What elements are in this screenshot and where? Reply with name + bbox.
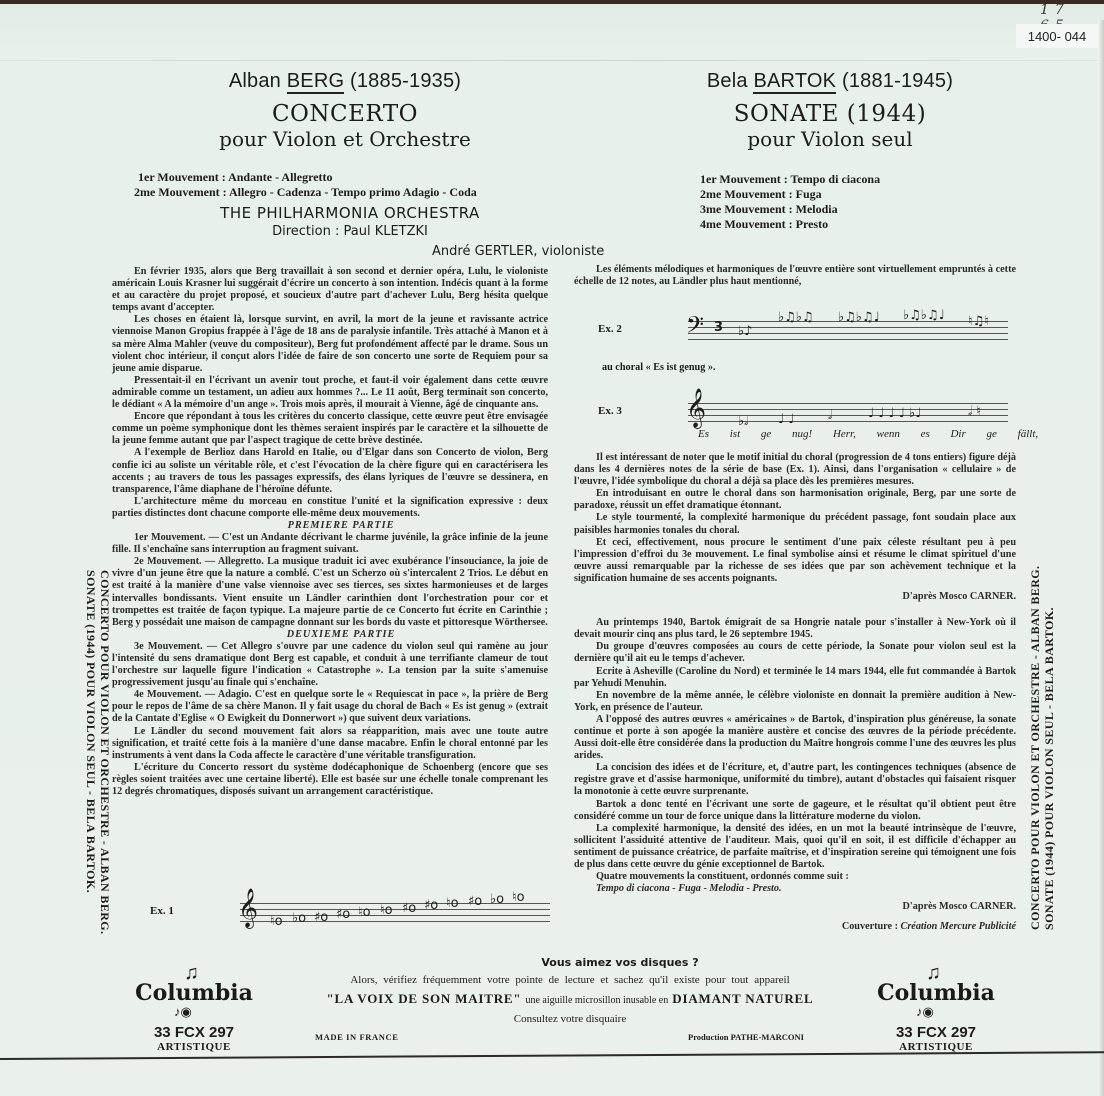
berg-movements: 1er Mouvement : Andante - Allegretto 2me…: [138, 170, 477, 200]
notes-paragraph: Pressentait-il en l'écrivant un avenir t…: [112, 375, 548, 411]
music-example-3: Ex. 3 𝄞 ♭𝅗𝅥 ♩ ♩ 𝅗𝅥 ♩ ♩ ♩ ♩ ♭♩ 𝅗𝅥 ♮ Es is…: [598, 398, 1008, 424]
author-signature: D'après Mosco CARNER.: [574, 901, 1016, 913]
notes-paragraph: A l'opposé des autres œuvres « américain…: [574, 714, 1016, 762]
bartok-notes-continued: Il est intéressant de noter que le motif…: [574, 452, 1016, 933]
composer-first-name: Bela: [707, 70, 748, 92]
note-icon: ♮o: [446, 896, 459, 911]
note-icon: 𝅗𝅥: [828, 408, 832, 423]
orchestra-credit: THE PHILHARMONIA ORCHESTRA Direction : P…: [180, 204, 520, 239]
movement-item: 4me Mouvement : Presto: [700, 217, 880, 232]
berg-header: Alban BERG (1885-1935) CONCERTO pour Vio…: [130, 70, 560, 151]
columbia-logo: ♫ Columbia ♪◉: [876, 962, 996, 1020]
notes-paragraph: 2e Mouvement. — Allegretto. La musique t…: [112, 556, 548, 629]
sleeve-top-edge: [0, 0, 1104, 4]
catalog-number: 33 FCX 297: [134, 1024, 254, 1041]
promo-line: Alors, vérifiez fréquemment votre pointe…: [290, 974, 850, 986]
note-icon: ♭o: [490, 892, 504, 907]
note-icon: ♯o: [424, 898, 438, 913]
series-name: ARTISTIQUE: [134, 1041, 254, 1053]
needle-text: une aiguille microsillon inusable en: [525, 995, 668, 1006]
notes-paragraph: En introduisant en outre le choral dans …: [574, 488, 1016, 512]
catalog-number: 33 FCX 297: [876, 1024, 996, 1041]
work-title: SONATE (1944): [620, 101, 1040, 127]
bass-clef-icon: 𝄢: [686, 308, 704, 348]
note-icon: ♭♪: [738, 324, 752, 339]
notes-paragraph: Le style tourmenté, la complexité harmon…: [574, 512, 1016, 536]
spine-line: CONCERTO POUR VIOLON ET ORCHESTRE - ALBA…: [1028, 566, 1042, 930]
columbia-logo: ♫ Columbia ♪◉: [134, 962, 254, 1020]
sleeve-fold: [0, 60, 1104, 61]
diamond-text: DIAMANT NATUREL: [672, 991, 813, 1006]
note-icon: 𝅗𝅥 ♮: [968, 404, 981, 419]
movement-item: 2me Mouvement : Allegro - Cadenza - Temp…: [134, 185, 477, 200]
spine-text-left: CONCERTO POUR VIOLON ET ORCHESTRE - ALBA…: [84, 570, 112, 934]
note-icon: ♮o: [512, 890, 525, 905]
promo-brand-line: "LA VOIX DE SON MAITRE" une aiguille mic…: [290, 991, 850, 1007]
notes-paragraph: Les choses en étaient là, lorsque survin…: [112, 314, 548, 374]
note-icon: ♯o: [336, 907, 350, 922]
work-subtitle: pour Violon et Orchestre: [130, 127, 560, 151]
time-signature: 3: [714, 320, 723, 335]
disc-icon: ♪◉: [174, 1004, 192, 1020]
work-subtitle: pour Violon seul: [620, 127, 1040, 151]
part-heading: PREMIERE PARTIE: [112, 520, 548, 532]
notes-paragraph: 1er Mouvement. — C'est un Andante décriv…: [112, 532, 548, 556]
part-heading: DEUXIEME PARTIE: [112, 629, 548, 641]
movement-item: 3me Mouvement : Melodia: [700, 202, 880, 217]
note-icon: ♭𝅗𝅥: [738, 414, 748, 429]
brand-name: Columbia: [134, 980, 254, 1006]
note-icon: ♮o: [270, 914, 283, 929]
composer-last-name: BARTOK: [753, 70, 836, 94]
notes-paragraph: Les éléments mélodiques et harmoniques d…: [574, 264, 1016, 288]
work-title: CONCERTO: [130, 101, 560, 127]
needle-promo: Vous aimez vos disques ? Alors, vérifiez…: [290, 956, 850, 1025]
treble-clef-icon: 𝄞: [238, 888, 258, 928]
note-icon: ♯o: [402, 901, 416, 916]
notes-paragraph: Du groupe d'œuvres composées au cours de…: [574, 641, 1016, 665]
movement-item: 2me Mouvement : Fuga: [700, 187, 880, 202]
notes-paragraph: La complexité harmonique, la densité des…: [574, 823, 1016, 871]
bartok-movements: 1er Mouvement : Tempo di ciacona 2me Mou…: [700, 172, 880, 232]
composer-dates: (1881-1945): [842, 70, 953, 92]
brand-quote: "LA VOIX DE SON MAITRE": [327, 991, 522, 1006]
notes-paragraph: En février 1935, alors que Berg travaill…: [112, 266, 548, 314]
music-staff: 𝄢 3 ♭♪ ♭♫♭♫ ♭♫♭♫♩ ♭♫♭♫♩ ♮♫♮: [688, 316, 1008, 342]
made-in-label: MADE IN FRANCE: [315, 1032, 398, 1042]
production-credit: Production PATHE-MARCONI: [688, 1032, 804, 1042]
bartok-notes-column: Les éléments mélodiques et harmoniques d…: [574, 264, 1016, 288]
promo-consult: Consultez votre disquaire: [290, 1013, 850, 1025]
notes-paragraph: A l'exemple de Berlioz dans Harold en It…: [112, 447, 548, 495]
notes-paragraph: 3e Mouvement. — Cet Allegro s'ouvre par …: [112, 641, 548, 689]
composer-last-name: BERG: [287, 70, 344, 94]
note-icon: ♭o: [292, 911, 306, 926]
example-label: Ex. 1: [150, 905, 240, 917]
note-icon: ♩ ♩ ♩ ♩ ♭♩: [868, 406, 921, 421]
notes-paragraph: Il est intéressant de noter que le motif…: [574, 452, 1016, 488]
note-icon: ♮♫♮: [968, 314, 989, 329]
notes-paragraph: Quatre mouvements la constituent, ordonn…: [574, 871, 1016, 883]
note-icon: ♮o: [380, 903, 393, 918]
note-icon: ♮o: [358, 905, 371, 920]
promo-heading: Vous aimez vos disques ?: [390, 956, 850, 969]
music-staff: 𝄞 ♮o ♭o ♯o ♯o ♮o ♮o ♯o ♯o ♮o ♯o ♭o ♮o: [240, 898, 550, 924]
spine-line: SONATE (1944) POUR VIOLON SEUL - BELA BA…: [84, 570, 98, 934]
cover-credit-label: Couverture :: [842, 921, 898, 932]
note-icon: ♭♫♭♫: [778, 310, 814, 325]
note-icon: ♯o: [314, 910, 328, 925]
notes-paragraph: La concision des idées et de l'écriture,…: [574, 762, 1016, 798]
chorale-lyrics: Es ist ge nug! Herr, wenn es Dir ge fäll…: [698, 428, 1038, 440]
composer-first-name: Alban: [229, 70, 281, 92]
sleeve-right-edge: [1098, 20, 1104, 1096]
notes-paragraph: Au printemps 1940, Bartok émigrait de sa…: [574, 617, 1016, 641]
spine-text-right: CONCERTO POUR VIOLON ET ORCHESTRE - ALBA…: [1028, 566, 1056, 930]
movement-list: Tempo di ciacona - Fuga - Melodia - Pres…: [574, 883, 1016, 895]
composer-berg: Alban BERG (1885-1935): [130, 70, 560, 93]
columbia-label-left: ♫ Columbia ♪◉ 33 FCX 297 ARTISTIQUE: [134, 962, 254, 1053]
example-label: Ex. 3: [598, 405, 688, 417]
composer-dates: (1885-1935): [350, 70, 461, 92]
spine-line: SONATE (1944) POUR VIOLON SEUL - BELA BA…: [1042, 566, 1056, 930]
spine-line: CONCERTO POUR VIOLON ET ORCHESTRE - ALBA…: [98, 570, 112, 934]
notes-paragraph: Le Ländler du second mouvement fait alor…: [112, 726, 548, 762]
notes-paragraph: L'écriture du Concerto ressort du systèm…: [112, 762, 548, 798]
notes-paragraph: En novembre de la même année, le célèbre…: [574, 690, 1016, 714]
note-icon: ♭♫♭♫♩: [838, 310, 880, 325]
composer-bartok: Bela BARTOK (1881-1945): [620, 70, 1040, 93]
note-icon: ♭♫♭♫♩: [903, 308, 945, 323]
notes-paragraph: Encore que répondant à tous les critères…: [112, 411, 548, 447]
cover-credit: Couverture : Création Mercure Publicité: [574, 921, 1016, 933]
example-label: Ex. 2: [598, 323, 688, 335]
treble-clef-icon: 𝄞: [686, 388, 706, 428]
notes-paragraph: 4e Mouvement. — Adagio. C'est en quelque…: [112, 689, 548, 725]
movement-item: 1er Mouvement : Tempo di ciacona: [700, 172, 880, 187]
note-icon: ♯o: [468, 894, 482, 909]
music-staff: 𝄞 ♭𝅗𝅥 ♩ ♩ 𝅗𝅥 ♩ ♩ ♩ ♩ ♭♩ 𝅗𝅥 ♮ Es ist ge n…: [688, 398, 1008, 424]
notes-paragraph: Bartok a donc tenté en l'écrivant une so…: [574, 799, 1016, 823]
record-sleeve-back: 17 65 1400- 044 Alban BERG (1885-1935) C…: [0, 0, 1104, 1096]
disc-icon: ♪◉: [916, 1004, 934, 1020]
cover-credit-value: Création Mercure Publicité: [901, 921, 1016, 932]
soloist-credit: André GERTLER, violoniste: [432, 244, 604, 259]
bartok-header: Bela BARTOK (1881-1945) SONATE (1944) po…: [620, 70, 1040, 151]
author-signature: D'après Mosco CARNER.: [574, 591, 1016, 603]
notes-paragraph: Ecrite à Asheville (Caroline du Nord) et…: [574, 666, 1016, 690]
conductor: Direction : Paul KLETZKI: [180, 224, 520, 239]
notes-paragraph: Et ceci, effectivement, nous procure le …: [574, 537, 1016, 585]
notes-paragraph: L'architecture même du morceau en consti…: [112, 496, 548, 520]
music-example-2: Ex. 2 𝄢 3 ♭♪ ♭♫♭♫ ♭♫♭♫♩ ♭♫♭♫♩ ♮♫♮: [598, 316, 1008, 342]
columbia-label-right: ♫ Columbia ♪◉ 33 FCX 297 ARTISTIQUE: [876, 962, 996, 1053]
movement-item: 1er Mouvement : Andante - Allegretto: [138, 170, 477, 185]
brand-name: Columbia: [876, 980, 996, 1006]
chorale-intro-text: au choral « Es ist genug ».: [602, 362, 716, 373]
berg-notes-column: En février 1935, alors que Berg travaill…: [112, 266, 548, 798]
note-icon: ♩ ♩: [778, 412, 794, 427]
orchestra-name: THE PHILHARMONIA ORCHESTRA: [180, 204, 520, 222]
catalog-sticker: 1400- 044: [1016, 24, 1098, 48]
music-example-1: Ex. 1 𝄞 ♮o ♭o ♯o ♯o ♮o ♮o ♯o ♯o ♮o ♯o ♭o…: [150, 898, 550, 924]
